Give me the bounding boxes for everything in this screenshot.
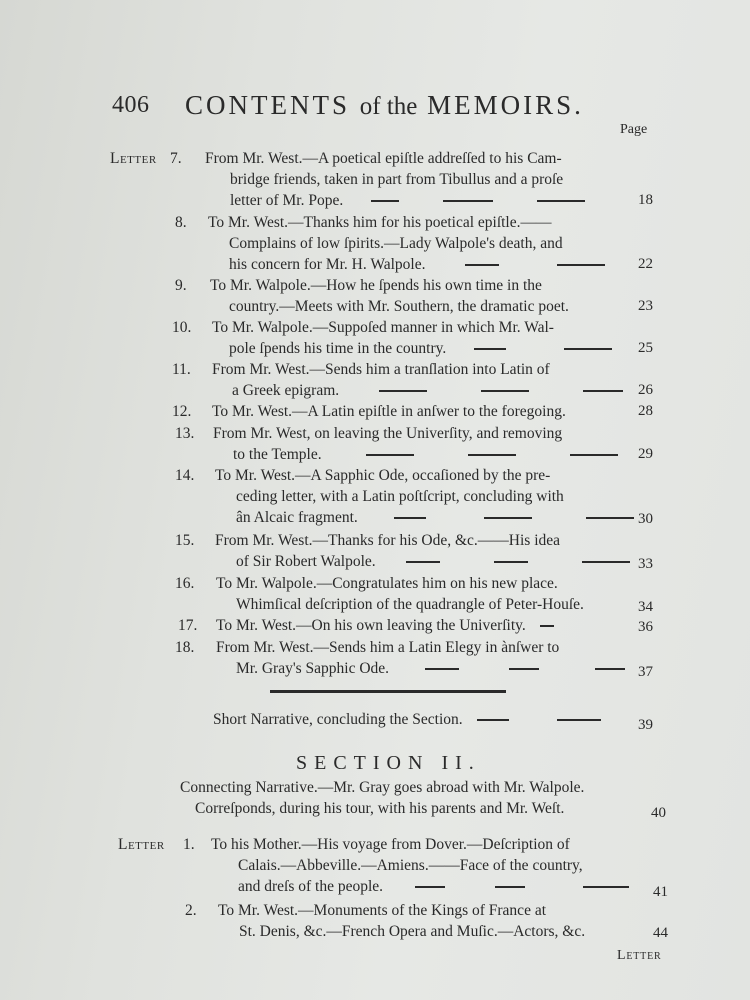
entry-page: 44 bbox=[653, 925, 668, 942]
entry-number: 15. bbox=[175, 532, 194, 550]
title-of-the: of the bbox=[360, 93, 418, 120]
entry-line: To Mr. Walpole.—Congratulates him on his… bbox=[216, 575, 558, 593]
section-divider-rule bbox=[270, 690, 506, 693]
entry-line: a Greek epigram. bbox=[232, 382, 645, 400]
entry-line: Mr. Gray's Sapphic Ode. bbox=[236, 660, 647, 678]
entry-number: 8. bbox=[175, 214, 187, 232]
page-title: CONTENTS of the MEMOIRS. bbox=[185, 90, 584, 121]
entry-line: To Mr. West.—A Sapphic Ode, occaſioned b… bbox=[215, 467, 550, 485]
entry-line: From Mr. West.—Sends him a tranſlation i… bbox=[212, 361, 550, 379]
entry-label: Letter bbox=[118, 836, 165, 854]
entry-page: 41 bbox=[653, 884, 668, 901]
entry-line: From Mr. West.—Thanks for his Ode, &c.——… bbox=[215, 532, 560, 550]
entry-page: 23 bbox=[638, 298, 653, 315]
entry-line: Correſponds, during his tour, with his p… bbox=[195, 800, 564, 818]
page-column-label: Page bbox=[620, 122, 647, 138]
entry-line: To his Mother.—His voyage from Dover.—De… bbox=[211, 836, 570, 854]
entry-number: 17. bbox=[178, 617, 197, 635]
entry-line: and dreſs of the people. bbox=[238, 878, 651, 896]
entry-line: Short Narrative, concluding the Section. bbox=[213, 711, 623, 729]
entry-line: To Mr. Walpole.—How he ſpends his own ti… bbox=[210, 277, 542, 295]
entry-line: ân Alcaic fragment. bbox=[236, 509, 656, 527]
entry-page: 34 bbox=[638, 599, 653, 616]
entry-page: 40 bbox=[651, 805, 666, 822]
entry-line: To Mr. West.—On his own leaving the Univ… bbox=[216, 617, 576, 635]
entry-line: From Mr. West, on leaving the Univerſity… bbox=[213, 425, 562, 443]
book-page: 406 CONTENTS of the MEMOIRS. Page Letter… bbox=[0, 0, 750, 1000]
entry-line: country.—Meets with Mr. Southern, the dr… bbox=[229, 298, 569, 316]
catchword: Letter bbox=[617, 948, 661, 964]
section-heading: SECTION II. bbox=[296, 752, 481, 775]
entry-line: To Mr. West.—Monuments of the Kings of F… bbox=[218, 902, 546, 920]
entry-line: ceding letter, with a Latin poſtſcript, … bbox=[236, 488, 564, 506]
entry-page: 26 bbox=[638, 382, 653, 399]
title-contents: CONTENTS bbox=[185, 90, 350, 120]
entry-page: 37 bbox=[638, 664, 653, 681]
entry-number: 18. bbox=[175, 639, 194, 657]
entry-number: 12. bbox=[172, 403, 191, 421]
entry-line: pole ſpends his time in the country. bbox=[229, 340, 634, 358]
entry-line: Whimſical deſcription of the quadrangle … bbox=[236, 596, 584, 614]
entry-number: 11. bbox=[172, 361, 191, 379]
entry-line: Complains of low ſpirits.—Lady Walpole's… bbox=[229, 235, 563, 253]
entry-line: From Mr. West.—A poetical epiſtle addreſ… bbox=[205, 150, 562, 168]
entry-line: Connecting Narrative.—Mr. Gray goes abro… bbox=[180, 779, 584, 797]
entry-label: Letter bbox=[110, 150, 157, 168]
entry-number: 10. bbox=[172, 319, 191, 337]
entry-line: his concern for Mr. H. Walpole. bbox=[229, 256, 627, 274]
entry-number: 14. bbox=[175, 467, 194, 485]
entry-line: To Mr. West.—Thanks him for his poetical… bbox=[208, 214, 552, 232]
entry-number: 1. bbox=[183, 836, 195, 854]
entry-line: to the Temple. bbox=[233, 446, 640, 464]
entry-line: To Mr. West.—A Latin epiſtle in anſwer t… bbox=[212, 403, 566, 421]
entry-line: letter of Mr. Pope. bbox=[230, 192, 585, 210]
entry-page: 25 bbox=[638, 340, 653, 357]
entry-line: To Mr. Walpole.—Suppoſed manner in which… bbox=[212, 319, 554, 337]
entry-number: 7. bbox=[170, 150, 182, 168]
title-memoirs: MEMOIRS. bbox=[427, 90, 584, 120]
entry-line: bridge friends, taken in part from Tibul… bbox=[230, 171, 563, 189]
entry-number: 9. bbox=[175, 277, 187, 295]
entry-number: 13. bbox=[175, 425, 194, 443]
entry-page: 39 bbox=[638, 717, 653, 734]
entry-page: 30 bbox=[638, 511, 653, 528]
entry-line: of Sir Robert Walpole. bbox=[236, 553, 652, 571]
entry-page: 28 bbox=[638, 403, 653, 420]
page-number: 406 bbox=[112, 92, 150, 119]
entry-line: Calais.—Abbeville.—Amiens.——Face of the … bbox=[238, 857, 583, 875]
entry-line: St. Denis, &c.—French Opera and Muſic.—A… bbox=[239, 923, 585, 941]
entry-page: 22 bbox=[638, 256, 653, 273]
entry-page: 18 bbox=[638, 192, 653, 209]
entry-number: 16. bbox=[175, 575, 194, 593]
entry-page: 29 bbox=[638, 446, 653, 463]
entry-number: 2. bbox=[185, 902, 197, 920]
entry-line: From Mr. West.—Sends him a Latin Elegy i… bbox=[216, 639, 559, 657]
entry-page: 36 bbox=[638, 619, 653, 636]
entry-page: 33 bbox=[638, 556, 653, 573]
